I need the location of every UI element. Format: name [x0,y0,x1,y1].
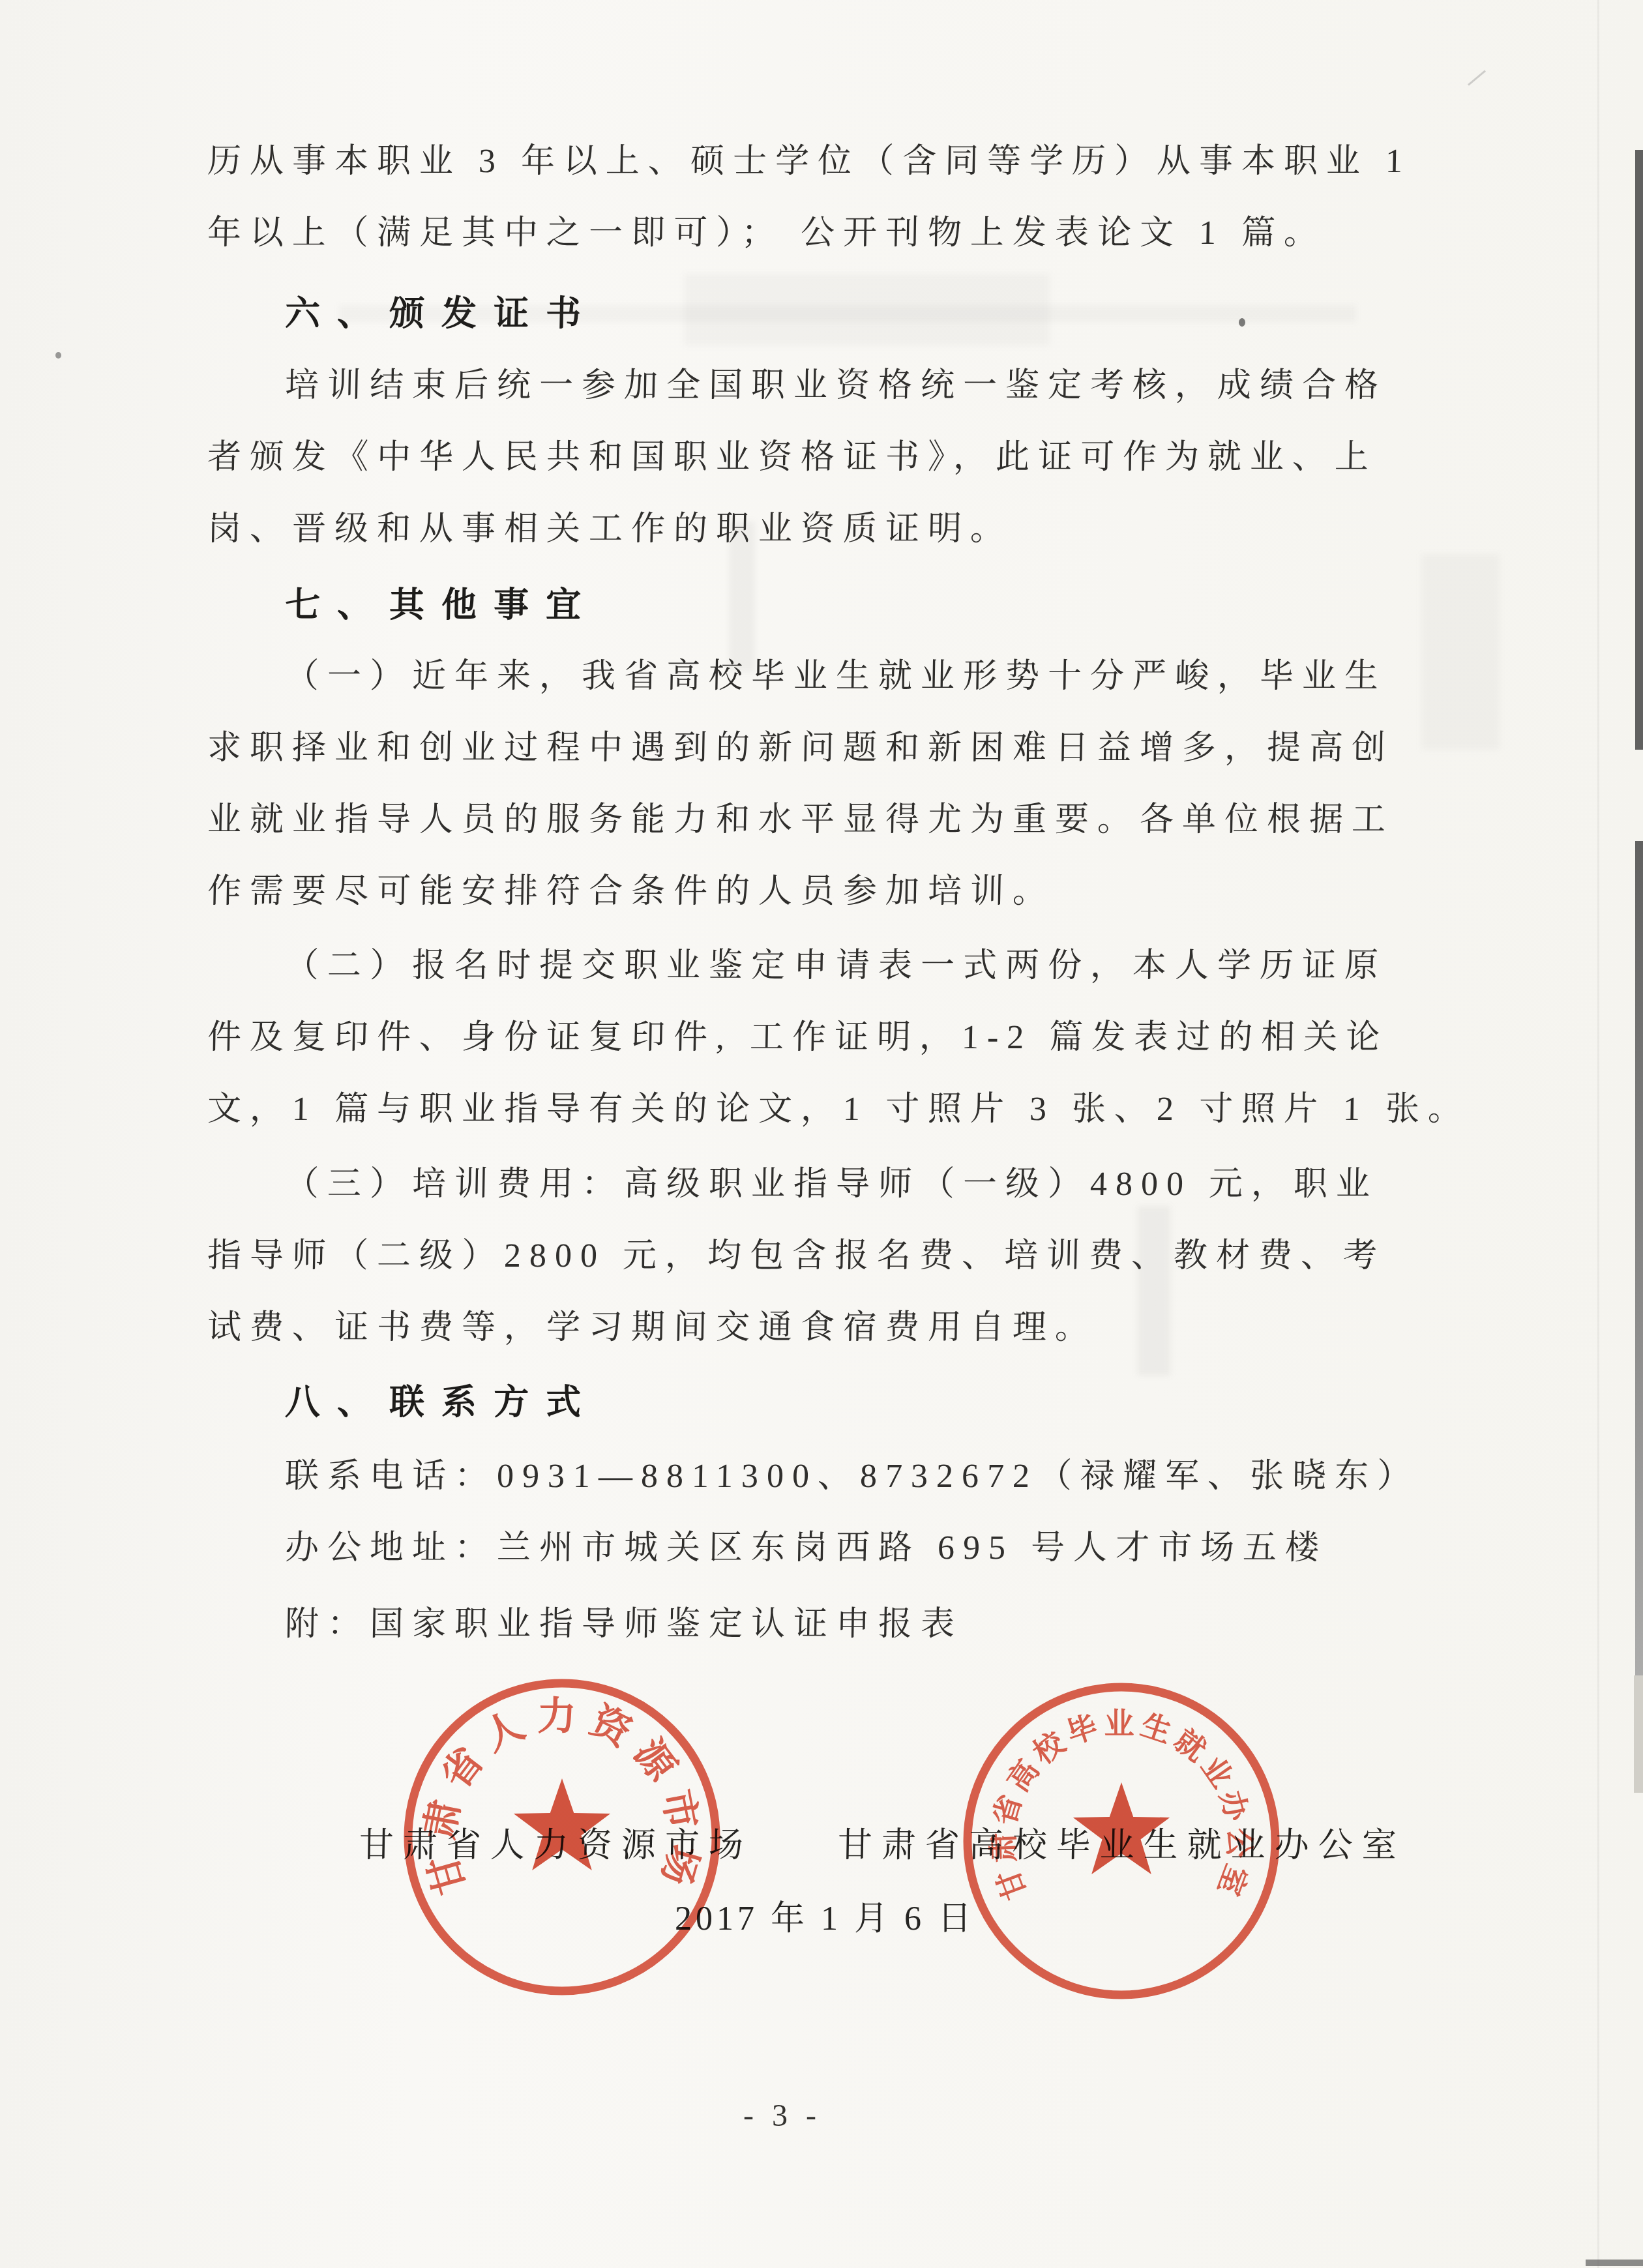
signing-org-right: 甘肃省高校毕业生就业办公室 [837,1818,1406,1867]
body-line: （一）近年来，我省高校毕业生就业形势十分严峻，毕业生 [284,657,1387,696]
scan-smudge [685,274,1050,346]
body-line: （二）报名时提交职业鉴定申请表一式两份，本人学历证原 [284,947,1387,986]
scan-edge-shadow [1635,150,1643,750]
section-heading: 六、颁发证书 [284,293,598,334]
body-line: 培训结束后统一参加全国职业资格统一鉴定考核，成绩合格 [284,366,1387,405]
signing-org-left: 甘肃省人力资源市场 [359,1818,752,1867]
body-line: 业就业指导人员的服务能力和水平显得尤为重要。各单位根据工 [207,801,1394,840]
body-line: 求职择业和创业过程中遇到的新问题和新困难日益增多，提高创 [207,729,1394,768]
scan-edge-mark [1586,2260,1643,2266]
body-line: 岗、晋级和从事相关工作的职业资质证明。 [207,510,1013,549]
scan-pencil-mark [1468,70,1486,85]
body-line: 作需要尽可能安排符合条件的人员参加培训。 [207,872,1055,911]
body-line: 办公地址：兰州市城关区东岗西路 695 号人才市场五楼 [284,1529,1327,1568]
body-line: 附：国家职业指导师鉴定认证申报表 [284,1605,963,1644]
scan-smudge [1421,554,1500,750]
scan-speck [1239,318,1245,327]
body-line: 者颁发《中华人民共和国职业资格证书》，此证可作为就业、上 [207,438,1377,477]
body-line: 文，1 篇与职业指导有关的论文，1 寸照片 3 张、2 寸照片 1 张。 [207,1090,1470,1129]
scan-speck [55,352,61,359]
scan-edge-shadow [1634,1675,1643,1793]
body-line: 指导师（二级）2800 元，均包含报名费、培训费、教材费、考 [207,1237,1385,1276]
body-line: 历从事本职业 3 年以上、硕士学位（含同等学历）从事本职业 1 [207,142,1411,181]
section-heading: 七、其他事宜 [284,585,598,625]
body-line: 试费、证书费等，学习期间交通食宿费用自理。 [207,1308,1097,1348]
body-line: （三）培训费用：高级职业指导师（一级）4800 元，职业 [284,1165,1378,1204]
scan-edge-shadow [1635,841,1643,1675]
body-line: 件及复印件、身份证复印件, 工作证明，1-2 篇发表过的相关论 [207,1018,1388,1057]
body-line: 年以上（满足其中之一即可）； 公开刊物上发表论文 1 篇。 [207,214,1326,253]
page-number: - 3 - [685,2098,880,2134]
body-line: 联系电话：0931—8811300、8732672（禄耀军、张晓东） [284,1457,1419,1496]
scan-streak [1138,1206,1170,1376]
scan-crease-line [1597,0,1599,2268]
document-date: 2017 年 1 月 6 日 [675,1891,975,1939]
section-heading: 八、联系方式 [284,1382,598,1422]
scanned-document-page: 历从事本职业 3 年以上、硕士学位（含同等学历）从事本职业 1 年以上（满足其中… [0,0,1643,2268]
